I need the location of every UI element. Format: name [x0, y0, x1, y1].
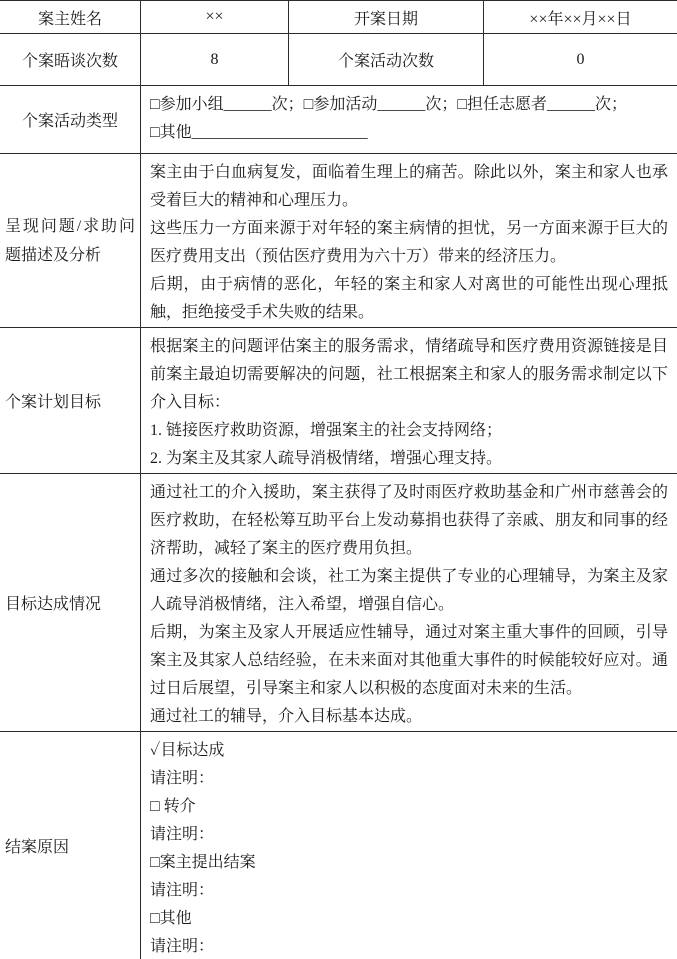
- client-name-value: ××: [140, 1, 288, 33]
- closing-reason-options: ✓目标达成 请注明： □ 转介 请注明： □案主提出结案 请注明： □其他 请注…: [140, 732, 677, 959]
- problem-description-label: 呈现问题/求助问题描述及分析: [0, 154, 140, 327]
- activity-type-label: 个案活动类型: [0, 86, 140, 153]
- case-plan-goal-content: 根据案主的问题评估案主的服务需求，情绪疏导和医疗费用资源链接是目前案主最迫切需要…: [140, 328, 677, 473]
- table-row: 呈现问题/求助问题描述及分析 案主由于白血病复发，面临着生理上的痛苦。除此以外，…: [0, 154, 677, 328]
- paragraph: 这些压力一方面来源于对年轻的案主病情的担忧，另一方面来源于巨大的医疗费用支出（预…: [150, 215, 668, 271]
- table-row: 案主姓名 ×× 开案日期 ××年××月××日: [0, 0, 677, 34]
- paragraph: 根据案主的问题评估案主的服务需求，情绪疏导和医疗费用资源链接是目前案主最迫切需要…: [150, 333, 668, 417]
- table-row: 个案计划目标 根据案主的问题评估案主的服务需求，情绪疏导和医疗费用资源链接是目前…: [0, 328, 677, 474]
- paragraph: 案主由于白血病复发，面临着生理上的痛苦。除此以外，案主和家人也承受着巨大的精神和…: [150, 159, 668, 215]
- table-row: 目标达成情况 通过社工的介入援助，案主获得了及时雨医疗救助基金和广州市慈善会的医…: [0, 474, 677, 732]
- please-specify-label: 请注明：: [150, 933, 668, 959]
- checkbox-other: □其他: [150, 905, 668, 933]
- client-name-label: 案主姓名: [0, 1, 140, 33]
- interview-count-value: 8: [140, 34, 288, 85]
- paragraph: 通过社工的介入援助，案主获得了及时雨医疗救助基金和广州市慈善会的医疗救助，在轻松…: [150, 479, 668, 563]
- activity-type-options: □参加小组______次；□参加活动______次；□担任志愿者______次；…: [140, 86, 677, 153]
- activity-count-value: 0: [483, 34, 677, 85]
- checkbox-client-requested-closure: □案主提出结案: [150, 849, 668, 877]
- paragraph: 通过社工的辅导，介入目标基本达成。: [150, 703, 668, 731]
- problem-description-content: 案主由于白血病复发，面临着生理上的痛苦。除此以外，案主和家人也承受着巨大的精神和…: [140, 154, 677, 327]
- goal-achievement-content: 通过社工的介入援助，案主获得了及时雨医疗救助基金和广州市慈善会的医疗救助，在轻松…: [140, 474, 677, 731]
- please-specify-label: 请注明：: [150, 765, 668, 793]
- paragraph: 后期，由于病情的恶化，年轻的案主和家人对离世的可能性出现心理抵触，拒绝接受手术失…: [150, 271, 668, 327]
- goal-item-2: 2. 为案主及其家人疏导消极情绪，增强心理支持。: [150, 445, 668, 473]
- case-record-document: 案主姓名 ×× 开案日期 ××年××月××日 个案晤谈次数 8 个案活动次数 0…: [0, 0, 677, 959]
- paragraph: 后期，为案主及家人开展适应性辅导，通过对案主重大事件的回顾，引导案主及其家人总结…: [150, 619, 668, 703]
- goal-item-1: 1. 链接医疗救助资源，增强案主的社会支持网络；: [150, 417, 668, 445]
- table-row: 个案活动类型 □参加小组______次；□参加活动______次；□担任志愿者_…: [0, 86, 677, 154]
- goal-achievement-label: 目标达成情况: [0, 474, 140, 731]
- case-plan-goal-label: 个案计划目标: [0, 328, 140, 473]
- please-specify-label: 请注明：: [150, 877, 668, 905]
- checkbox-goal-achieved: ✓目标达成: [150, 737, 668, 765]
- case-open-date-label: 开案日期: [288, 1, 483, 33]
- activity-count-label: 个案活动次数: [288, 34, 483, 85]
- case-open-date-value: ××年××月××日: [483, 1, 677, 33]
- table-row: 个案晤谈次数 8 个案活动次数 0: [0, 34, 677, 86]
- case-closing-form-table: 案主姓名 ×× 开案日期 ××年××月××日 个案晤谈次数 8 个案活动次数 0…: [0, 0, 677, 959]
- interview-count-label: 个案晤谈次数: [0, 34, 140, 85]
- problem-description-label-text: 呈现问题/求助问题描述及分析: [5, 212, 135, 270]
- activity-type-other-line: □其他______________________: [150, 119, 668, 147]
- activity-type-checkbox-line: □参加小组______次；□参加活动______次；□担任志愿者______次；: [150, 91, 668, 119]
- please-specify-label: 请注明：: [150, 821, 668, 849]
- checkbox-referral: □ 转介: [150, 793, 668, 821]
- table-row: 结案原因 ✓目标达成 请注明： □ 转介 请注明： □案主提出结案 请注明： □…: [0, 732, 677, 959]
- closing-reason-label: 结案原因: [0, 732, 140, 959]
- paragraph: 通过多次的接触和会谈，社工为案主提供了专业的心理辅导，为案主及家人疏导消极情绪，…: [150, 563, 668, 619]
